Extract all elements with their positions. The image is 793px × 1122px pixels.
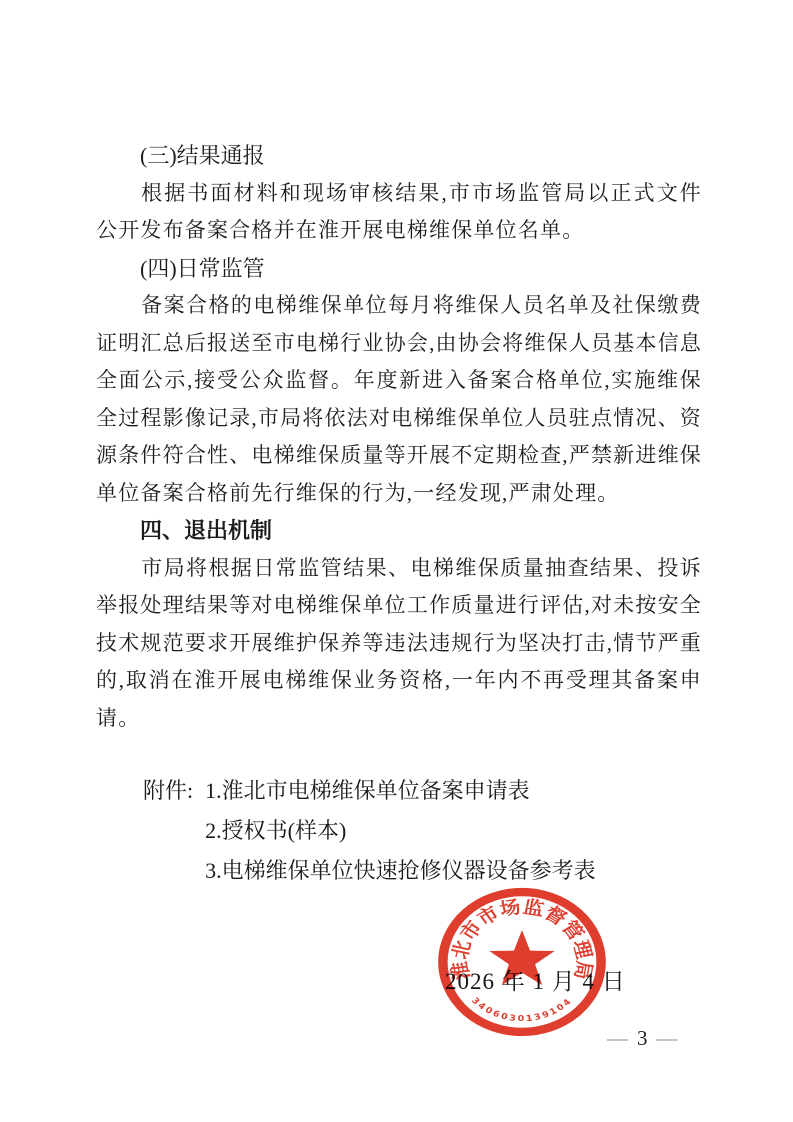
attachments-label: 附件: [143,771,193,891]
attachment-item: 1.淮北市电梯维保单位备案申请表 [205,771,596,811]
document-date: 2026 年 1 月 4 日 [445,963,626,996]
paragraph: 市局将根据日常监管结果、电梯维保质量抽查结果、投诉举报处理结果等对电梯维保单位工… [96,550,702,738]
page-number: —3— [598,1026,687,1051]
attachments-block: 附件: 1.淮北市电梯维保单位备案申请表 2.授权书(样本) 3.电梯维保单位快… [96,771,702,891]
paragraph: 备案合格的电梯维保单位每月将维保人员名单及社保缴费证明汇总后报送至市电梯行业协会… [96,287,702,512]
paragraph: 根据书面材料和现场审核结果,市市场监管局以正式文件公开发布备案合格并在淮开展电梯… [96,175,702,250]
attachment-item: 2.授权书(样本) [205,811,596,851]
section-heading-3: (三)结果通报 [96,137,702,175]
page-number-dash-right: — [648,1026,687,1050]
document-page: (三)结果通报 根据书面材料和现场审核结果,市市场监管局以正式文件公开发布备案合… [0,0,793,1122]
section-heading-exit-mechanism: 四、退出机制 [96,512,702,550]
document-body: (三)结果通报 根据书面材料和现场审核结果,市市场监管局以正式文件公开发布备案合… [96,137,702,891]
page-number-value: 3 [637,1026,648,1050]
official-seal: 淮北市市场监督管理局 3406030139104 [436,886,608,1038]
attachment-item: 3.电梯维保单位快速抢修仪器设备参考表 [205,851,596,891]
section-heading-4: (四)日常监管 [96,250,702,288]
attachments-list: 1.淮北市电梯维保单位备案申请表 2.授权书(样本) 3.电梯维保单位快速抢修仪… [205,771,596,891]
